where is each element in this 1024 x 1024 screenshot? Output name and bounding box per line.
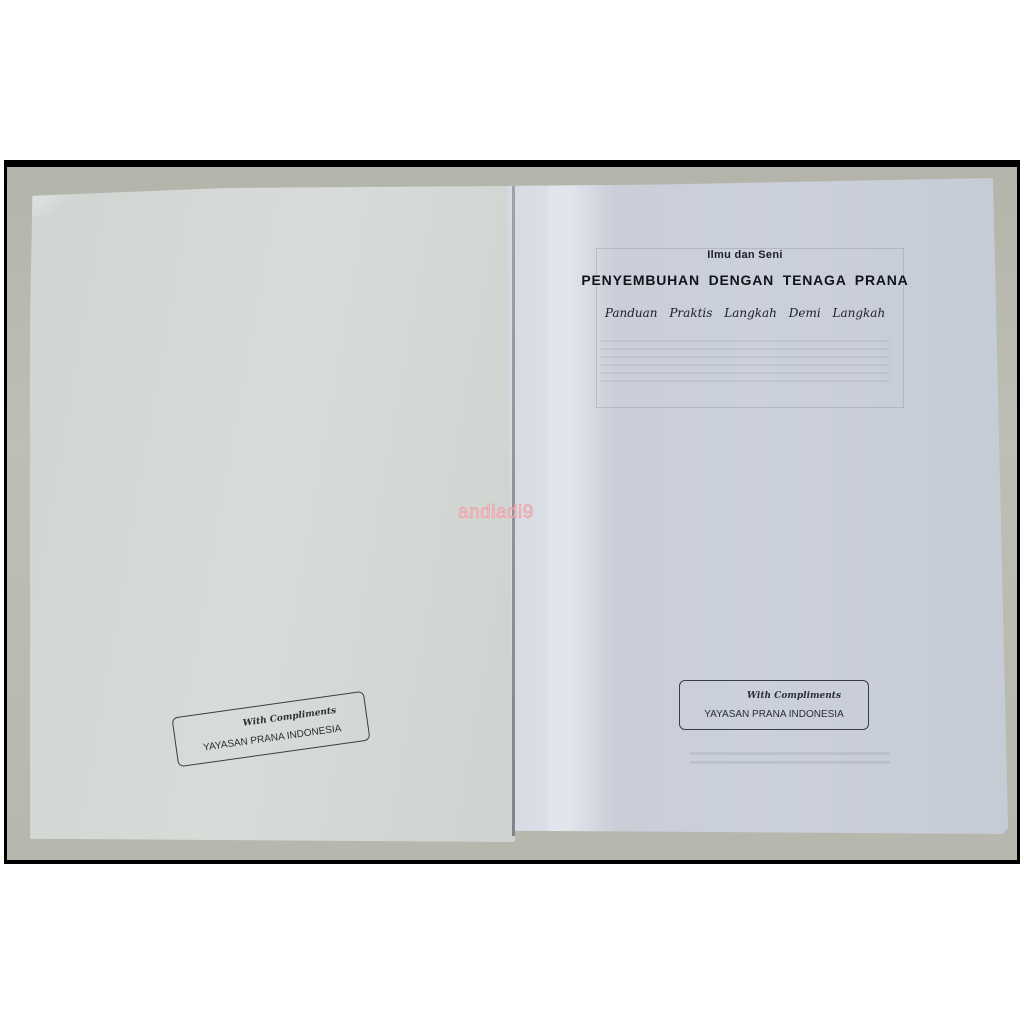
watermark: andiadi9 — [458, 502, 534, 524]
stamp-right: With Compliments YAYASAN PRANA INDONESIA — [679, 680, 869, 730]
book-subtitle: Ilmu dan Seni — [580, 249, 910, 261]
stamp-with-compliments: With Compliments — [680, 691, 868, 701]
faint-show-through-text — [600, 340, 890, 388]
book-title: PENYEMBUHAN DENGAN TENAGA PRANA — [580, 272, 910, 288]
faint-bottom-text — [690, 752, 890, 770]
stamp-organization: YAYASAN PRANA INDONESIA — [680, 709, 868, 720]
book-tagline: Panduan Praktis Langkah Demi Langkah — [580, 306, 910, 320]
